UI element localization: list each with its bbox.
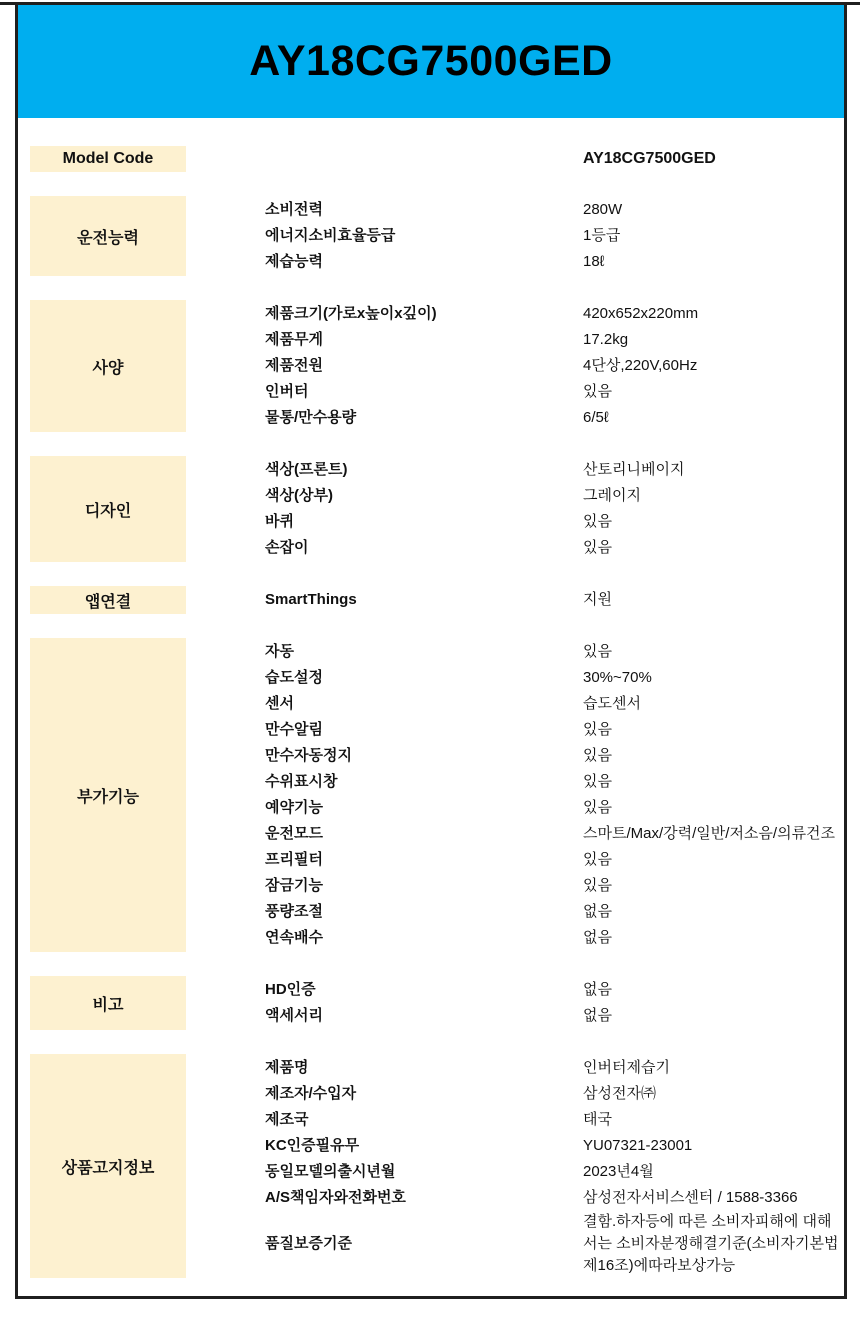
section-rows: 색상(프론트) 산토리니베이지 색상(상부) 그레이지 바퀴 있음 손잡이 있음 [186,456,845,562]
section-category-label: 디자인 [30,456,186,562]
spec-value: 결함.하자등에 따른 소비자피해에 대해서는 소비자분쟁해결기준(소비자기본법제… [583,1211,845,1277]
spec-value: 있음 [583,719,845,741]
spec-value: 280W [583,199,845,221]
spec-row: 제조자/수입자 삼성전자㈜ [186,1081,845,1107]
spec-sheet-canvas: AY18CG7500GED Model Code AY18CG7500GED 운… [0,0,860,1320]
section-rows: 자동 있음 습도설정 30%~70% 센서 습도센서 만수알림 있음 만수자동정… [186,638,845,952]
spec-name: 색상(상부) [265,485,583,507]
spec-value: YU07321-23001 [583,1135,845,1157]
spec-name: 제품무게 [265,329,583,351]
spec-name: 만수알림 [265,719,583,741]
spec-value: 2023년4월 [583,1161,845,1183]
spec-name: 제품크기(가로x높이x깊이) [265,303,583,325]
spec-row: 손잡이 있음 [186,535,845,561]
model-code-row: Model Code AY18CG7500GED [30,146,844,172]
spec-value: 6/5ℓ [583,407,845,429]
spec-section: 사양 제품크기(가로x높이x깊이) 420x652x220mm 제품무게 17.… [30,300,844,432]
spec-value: 없음 [583,901,845,923]
spec-row: 풍량조절 없음 [186,899,845,925]
spec-name: 에너지소비효율등급 [265,225,583,247]
spec-section: 부가기능 자동 있음 습도설정 30%~70% 센서 습도센서 만수알림 있음 … [30,638,844,952]
spec-name: 잠금기능 [265,875,583,897]
section-category-label: 부가기능 [30,638,186,952]
spec-name: 품질보증기준 [265,1233,583,1255]
spec-row: 품질보증기준 결함.하자등에 따른 소비자피해에 대해서는 소비자분쟁해결기준(… [186,1211,845,1277]
spec-name: 손잡이 [265,537,583,559]
spec-name: 동일모델의출시년월 [265,1161,583,1183]
spec-section: 운전능력 소비전력 280W 에너지소비효율등급 1등급 제습능력 18ℓ [30,196,844,276]
spec-row: 에너지소비효율등급 1등급 [186,223,845,249]
spec-row: 자동 있음 [186,639,845,665]
spec-name: 제품명 [265,1057,583,1079]
spec-row: 만수알림 있음 [186,717,845,743]
section-rows: HD인증 없음 액세서리 없음 [186,976,845,1030]
spec-name: 자동 [265,641,583,663]
spec-name: 색상(프론트) [265,459,583,481]
spec-value: 있음 [583,381,845,403]
spec-row: 동일모델의출시년월 2023년4월 [186,1159,845,1185]
spec-row: A/S책임자와전화번호 삼성전자서비스센터 / 1588-3366 [186,1185,845,1211]
spec-value: 없음 [583,1005,845,1027]
spec-name: 제습능력 [265,251,583,273]
spec-value: 있음 [583,875,845,897]
spec-table: Model Code AY18CG7500GED 운전능력 소비전력 280W … [18,118,844,1278]
spec-name: 연속배수 [265,927,583,949]
spec-row: KC인증필유무 YU07321-23001 [186,1133,845,1159]
spec-value: 삼성전자㈜ [583,1083,845,1105]
spec-row: 수위표시창 있음 [186,769,845,795]
section-category-label: 앱연결 [30,586,186,614]
spec-row: 습도설정 30%~70% [186,665,845,691]
spec-row: 예약기능 있음 [186,795,845,821]
spec-row: 운전모드 스마트/Max/강력/일반/저소음/의류건조 [186,821,845,847]
spec-value: 30%~70% [583,667,845,689]
spec-name: 인버터 [265,381,583,403]
spec-value: 없음 [583,927,845,949]
section-rows: 소비전력 280W 에너지소비효율등급 1등급 제습능력 18ℓ [186,196,845,276]
section-rows: SmartThings 지원 [186,586,845,614]
spec-name: 풍량조절 [265,901,583,923]
model-code-value: AY18CG7500GED [583,150,716,168]
spec-row: 물통/만수용량 6/5ℓ [186,405,845,431]
spec-value: 있음 [583,797,845,819]
spec-value: 인버터제습기 [583,1057,845,1079]
spec-value: 1등급 [583,225,845,247]
page-title: AY18CG7500GED [249,37,612,86]
spec-value: 삼성전자서비스센터 / 1588-3366 [583,1187,845,1209]
spec-row: 제품전원 4단상,220V,60Hz [186,353,845,379]
spec-value: 있음 [583,537,845,559]
spec-value: 420x652x220mm [583,303,845,325]
spec-value: 있음 [583,745,845,767]
model-code-label: Model Code [30,146,186,172]
spec-value: 스마트/Max/강력/일반/저소음/의류건조 [583,823,845,845]
spec-value: 있음 [583,511,845,533]
section-category-label: 상품고지정보 [30,1054,186,1278]
spec-value: 지원 [583,589,845,611]
spec-value: 18ℓ [583,251,845,273]
spec-name: 제조국 [265,1109,583,1131]
spec-row: 제품무게 17.2kg [186,327,845,353]
spec-name: SmartThings [265,589,583,611]
spec-name: A/S책임자와전화번호 [265,1187,583,1209]
spec-name: 센서 [265,693,583,715]
spec-name: 운전모드 [265,823,583,845]
spec-name: 제품전원 [265,355,583,377]
spec-section: 디자인 색상(프론트) 산토리니베이지 색상(상부) 그레이지 바퀴 있음 손잡… [30,456,844,562]
spec-row: 색상(프론트) 산토리니베이지 [186,457,845,483]
spec-row: 프리필터 있음 [186,847,845,873]
spec-row: 색상(상부) 그레이지 [186,483,845,509]
spec-value: 17.2kg [583,329,845,351]
header-banner: AY18CG7500GED [18,5,844,118]
section-category-label: 비고 [30,976,186,1030]
spec-section: 비고 HD인증 없음 액세서리 없음 [30,976,844,1030]
spec-row: SmartThings 지원 [186,587,845,613]
spec-name: 바퀴 [265,511,583,533]
spec-name: 수위표시창 [265,771,583,793]
section-category-label: 사양 [30,300,186,432]
model-code-value-area: AY18CG7500GED [186,146,844,172]
spec-row: HD인증 없음 [186,977,845,1003]
spec-name: 습도설정 [265,667,583,689]
spec-section: 상품고지정보 제품명 인버터제습기 제조자/수입자 삼성전자㈜ 제조국 태국 K… [30,1054,844,1278]
spec-value: 태국 [583,1109,845,1131]
spec-row: 만수자동정지 있음 [186,743,845,769]
spec-row: 액세서리 없음 [186,1003,845,1029]
spec-row: 잠금기능 있음 [186,873,845,899]
spec-section: 앱연결 SmartThings 지원 [30,586,844,614]
spec-name: 만수자동정지 [265,745,583,767]
section-rows: 제품크기(가로x높이x깊이) 420x652x220mm 제품무게 17.2kg… [186,300,845,432]
spec-row: 제습능력 18ℓ [186,249,845,275]
section-rows: 제품명 인버터제습기 제조자/수입자 삼성전자㈜ 제조국 태국 KC인증필유무 … [186,1054,845,1278]
spec-name: HD인증 [265,979,583,1001]
spec-name: 물통/만수용량 [265,407,583,429]
spec-sheet: AY18CG7500GED Model Code AY18CG7500GED 운… [15,2,847,1299]
spec-name: 프리필터 [265,849,583,871]
spec-row: 센서 습도센서 [186,691,845,717]
spec-value: 습도센서 [583,693,845,715]
spec-name: 예약기능 [265,797,583,819]
spec-row: 연속배수 없음 [186,925,845,951]
spec-row: 제품명 인버터제습기 [186,1055,845,1081]
spec-row: 제품크기(가로x높이x깊이) 420x652x220mm [186,301,845,327]
section-category-label: 운전능력 [30,196,186,276]
spec-name: 액세서리 [265,1005,583,1027]
spec-name: 제조자/수입자 [265,1083,583,1105]
spec-name: 소비전력 [265,199,583,221]
spec-row: 인버터 있음 [186,379,845,405]
spec-row: 소비전력 280W [186,197,845,223]
spec-value: 있음 [583,641,845,663]
spec-row: 제조국 태국 [186,1107,845,1133]
spec-value: 있음 [583,849,845,871]
spec-value: 없음 [583,979,845,1001]
spec-value: 4단상,220V,60Hz [583,355,845,377]
sections-container: 운전능력 소비전력 280W 에너지소비효율등급 1등급 제습능력 18ℓ 사양… [30,196,844,1278]
spec-value: 있음 [583,771,845,793]
spec-value: 그레이지 [583,485,845,507]
spec-row: 바퀴 있음 [186,509,845,535]
spec-value: 산토리니베이지 [583,459,845,481]
spec-name: KC인증필유무 [265,1135,583,1157]
